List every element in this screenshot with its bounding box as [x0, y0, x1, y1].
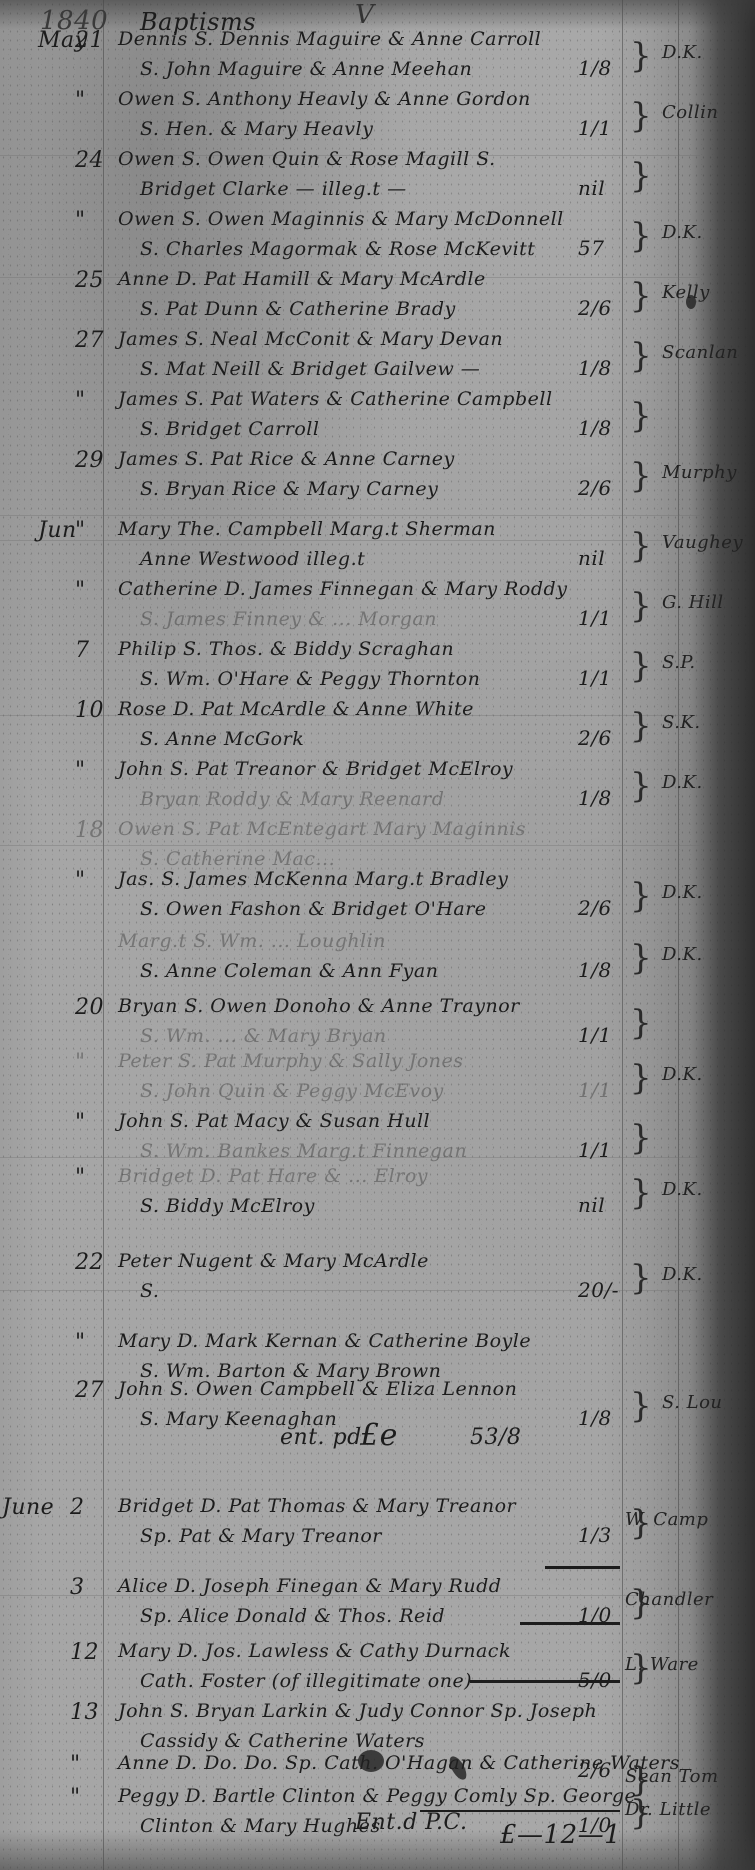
- entry-sponsors: S.: [140, 1280, 159, 1302]
- entry-brace: }: [630, 156, 652, 196]
- entry-officiant: S.K.: [662, 712, 701, 733]
- entry-sponsors: S. John Quin & Peggy McEvoy: [140, 1080, 444, 1102]
- entry-child-parents: Bryan S. Owen Donoho & Anne Traynor: [118, 995, 520, 1017]
- entry-brace: }: [630, 876, 652, 916]
- ruling-horizontal: [0, 845, 700, 846]
- entry-sponsors: Sp. Alice Donald & Thos. Reid: [140, 1605, 445, 1627]
- entry-fee: 1/3: [578, 1523, 612, 1547]
- entry-child-parents: Owen S. Owen Maginnis & Mary McDonnell: [118, 208, 564, 230]
- entry-child-parents: Jas. S. James McKenna Marg.t Bradley: [118, 868, 508, 890]
- entry-sponsors: Cath. Foster (of illegitimate one): [140, 1670, 472, 1692]
- entry-officiant: D.K.: [662, 882, 703, 903]
- entry-day: ": [75, 518, 86, 543]
- entry-child-parents: Peggy D. Bartle Clinton & Peggy Comly Sp…: [118, 1785, 636, 1807]
- entry-officiant: D.K.: [662, 222, 703, 243]
- entry-day: ": [75, 578, 86, 603]
- entry-sponsors: Clinton & Mary Hughes: [140, 1815, 381, 1837]
- entry-child-parents: John S. Pat Treanor & Bridget McElroy: [118, 758, 513, 780]
- entry-fee: 1/1: [578, 1138, 612, 1162]
- entry-brace: }: [630, 1258, 652, 1298]
- entry-day: ": [75, 1165, 86, 1190]
- entry-brace: }: [630, 216, 652, 256]
- entry-day: ": [75, 758, 86, 783]
- entry-fee: 1/8: [578, 416, 612, 440]
- entry-child-parents: Owen S. Anthony Heavly & Anne Gordon: [118, 88, 531, 110]
- fee-underline: [545, 1566, 620, 1569]
- entry-brace: }: [630, 276, 652, 316]
- ruling-fee-column: [622, 0, 623, 1870]
- subtotal-label: ent. pd: [280, 1425, 362, 1450]
- entry-sponsors: Bryan Roddy & Mary Reenard: [140, 788, 444, 810]
- entry-child-parents: Rose D. Pat McArdle & Anne White: [118, 698, 474, 720]
- entry-child-parents: John S. Bryan Larkin & Judy Connor Sp. J…: [118, 1700, 597, 1722]
- entry-child-parents: Marg.t S. Wm. ... Loughlin: [118, 930, 386, 952]
- entry-fee: 1/8: [578, 356, 612, 380]
- entry-day: ": [75, 208, 86, 233]
- entry-sponsors: S. Biddy McElroy: [140, 1195, 315, 1217]
- entry-day: 2: [70, 1495, 85, 1520]
- entry-day: 25: [75, 268, 104, 293]
- entry-child-parents: Philip S. Thos. & Biddy Scraghan: [118, 638, 454, 660]
- entry-sponsors: S. Charles Magormak & Rose McKevitt: [140, 238, 535, 260]
- entry-child-parents: James S. Neal McConit & Mary Devan: [118, 328, 503, 350]
- entry-day: 21: [75, 28, 104, 53]
- entry-sponsors: S. Owen Fashon & Bridget O'Hare: [140, 898, 487, 920]
- entry-child-parents: John S. Owen Campbell & Eliza Lennon: [118, 1378, 517, 1400]
- entry-brace: }: [630, 1173, 652, 1213]
- entry-fee: 2/6: [578, 476, 612, 500]
- ink-blot: [686, 295, 696, 309]
- entry-brace: }: [630, 526, 652, 566]
- entry-day: 10: [75, 698, 104, 723]
- entry-brace: }: [630, 586, 652, 626]
- entry-officiant: D.K.: [662, 772, 703, 793]
- entry-sponsors: S. Mat Neill & Bridget Gailvew —: [140, 358, 480, 380]
- entry-day: 12: [70, 1640, 99, 1665]
- entry-brace: }: [630, 938, 652, 978]
- entry-sponsors: S. Bryan Rice & Mary Carney: [140, 478, 438, 500]
- entry-fee: 1/1: [578, 116, 612, 140]
- entry-brace: }: [630, 1058, 652, 1098]
- entry-fee: nil: [578, 176, 605, 200]
- entry-month: Jun: [38, 518, 77, 543]
- entry-sponsors: Bridget Clarke — illeg.t —: [140, 178, 407, 200]
- entry-day: ": [70, 1752, 81, 1777]
- fee-underline: [470, 1680, 620, 1683]
- entry-brace: }: [630, 336, 652, 376]
- entry-day: 29: [75, 448, 104, 473]
- entry-officiant: G. Hill: [662, 592, 724, 613]
- entry-sponsors: Sp. Pat & Mary Treanor: [140, 1525, 382, 1547]
- entry-day: ": [75, 1330, 86, 1355]
- entry-day: ": [75, 388, 86, 413]
- entry-officiant: Murphy: [662, 462, 737, 483]
- entry-child-parents: Dennis S. Dennis Maguire & Anne Carroll: [118, 28, 541, 50]
- entry-officiant: S. Lou: [662, 1392, 723, 1413]
- entry-brace: }: [630, 456, 652, 496]
- entry-child-parents: James S. Pat Waters & Catherine Campbell: [118, 388, 553, 410]
- subtotal-amount: 53/8: [470, 1425, 521, 1450]
- total-amount: £—12—1: [500, 1820, 621, 1850]
- entry-brace: }: [630, 1386, 652, 1426]
- entry-child-parents: Peter S. Pat Murphy & Sally Jones: [118, 1050, 463, 1072]
- entry-child-parents: Mary D. Mark Kernan & Catherine Boyle: [118, 1330, 531, 1352]
- entry-sponsors: S. Catherine Mac...: [140, 848, 335, 870]
- fee-underline: [520, 1622, 620, 1625]
- entry-sponsors: S. Anne Coleman & Ann Fyan: [140, 960, 438, 982]
- entry-fee: 20/-: [578, 1278, 619, 1302]
- entry-fee: 1/8: [578, 56, 612, 80]
- entry-day: ": [75, 1110, 86, 1135]
- subtotal-mark: £e: [360, 1418, 398, 1453]
- entry-officiant: Chandler: [625, 1589, 713, 1610]
- total-label: Ent.d P.C.: [355, 1810, 468, 1835]
- entry-sponsors: S. Anne McGork: [140, 728, 304, 750]
- entry-day: ": [75, 88, 86, 113]
- entry-day: 24: [75, 148, 104, 173]
- entry-fee: 2/6: [578, 726, 612, 750]
- entry-child-parents: Alice D. Joseph Finegan & Mary Rudd: [118, 1575, 501, 1597]
- entry-officiant: D.K.: [662, 1264, 703, 1285]
- page-top-shadow: [0, 0, 755, 30]
- entry-child-parents: Bridget D. Pat Hare & ... Elroy: [118, 1165, 428, 1187]
- entry-fee: nil: [578, 1193, 605, 1217]
- ruling-horizontal: [0, 540, 700, 541]
- entry-fee: 2/6: [578, 896, 612, 920]
- entry-fee: 1/1: [578, 606, 612, 630]
- entry-officiant: W. Camp: [625, 1509, 708, 1530]
- entry-day: 27: [75, 328, 104, 353]
- header-mark: V: [355, 0, 374, 30]
- entry-brace: }: [630, 706, 652, 746]
- entry-day: 13: [70, 1700, 99, 1725]
- entry-child-parents: Owen S. Pat McEntegart Mary Maginnis: [118, 818, 526, 840]
- entry-child-parents: Anne D. Pat Hamill & Mary McArdle: [118, 268, 486, 290]
- entry-day: 22: [75, 1250, 104, 1275]
- entry-officiant: Collin: [662, 102, 718, 123]
- entry-sponsors: S. Wm. ... & Mary Bryan: [140, 1025, 387, 1047]
- entry-officiant: D.K.: [662, 1064, 703, 1085]
- entry-brace: }: [630, 36, 652, 76]
- entry-officiant: S.P.: [662, 652, 696, 673]
- entry-day: ": [75, 1050, 86, 1075]
- entry-day: ": [70, 1785, 81, 1810]
- entry-officiant: Vaughey: [662, 532, 743, 553]
- entry-officiant: Scanlan: [662, 342, 738, 363]
- entry-day: 20: [75, 995, 104, 1020]
- entry-sponsors: S. Pat Dunn & Catherine Brady: [140, 298, 456, 320]
- entry-fee: 1/1: [578, 666, 612, 690]
- entry-fee: nil: [578, 546, 605, 570]
- entry-officiant: Sean Tom: [625, 1766, 719, 1787]
- entry-child-parents: Owen S. Owen Quin & Rose Magill S.: [118, 148, 496, 170]
- entry-day: ": [75, 868, 86, 893]
- ink-blot: [358, 1750, 384, 1772]
- entry-officiant: L. Ware: [625, 1654, 699, 1675]
- entry-fee: 1/1: [578, 1023, 612, 1047]
- entry-day: 7: [75, 638, 90, 663]
- entry-fee: 2/6: [578, 296, 612, 320]
- entry-brace: }: [630, 1118, 652, 1158]
- entry-officiant: D.K.: [662, 42, 703, 63]
- entry-fee: 2/6: [578, 1758, 612, 1782]
- entry-brace: }: [630, 1003, 652, 1043]
- entry-sponsors: S. John Maguire & Anne Meehan: [140, 58, 472, 80]
- entry-fee: 1/8: [578, 786, 612, 810]
- entry-brace: }: [630, 396, 652, 436]
- entry-child-parents: Mary D. Jos. Lawless & Cathy Durnack: [118, 1640, 511, 1662]
- entry-day: 27: [75, 1378, 104, 1403]
- entry-sponsors: Anne Westwood illeg.t: [140, 548, 365, 570]
- entry-fee: 57: [578, 236, 604, 260]
- entry-sponsors: Cassidy & Catherine Waters: [140, 1730, 425, 1752]
- ruling-horizontal: [0, 515, 700, 516]
- entry-child-parents: Mary The. Campbell Marg.t Sherman: [118, 518, 496, 540]
- entry-child-parents: Bridget D. Pat Thomas & Mary Treanor: [118, 1495, 516, 1517]
- entry-fee: 1/8: [578, 1406, 612, 1430]
- entry-sponsors: S. Wm. Bankes Marg.t Finnegan: [140, 1140, 467, 1162]
- entry-brace: }: [630, 96, 652, 136]
- entry-sponsors: S. Bridget Carroll: [140, 418, 319, 440]
- register-page: 1840 Baptisms V May21Dennis S. Dennis Ma…: [0, 0, 755, 1870]
- entry-child-parents: Peter Nugent & Mary McArdle: [118, 1250, 429, 1272]
- entry-brace: }: [630, 646, 652, 686]
- entry-sponsors: S. Hen. & Mary Heavly: [140, 118, 373, 140]
- entry-child-parents: John S. Pat Macy & Susan Hull: [118, 1110, 430, 1132]
- entry-month: June: [2, 1495, 54, 1520]
- entry-officiant: D.K.: [662, 944, 703, 965]
- entry-brace: }: [630, 766, 652, 806]
- entry-day: 3: [70, 1575, 85, 1600]
- entry-officiant: Dr. Little: [625, 1799, 711, 1820]
- entry-fee: 1/8: [578, 958, 612, 982]
- entry-child-parents: James S. Pat Rice & Anne Carney: [118, 448, 455, 470]
- entry-officiant: D.K.: [662, 1179, 703, 1200]
- entry-day: 18: [75, 818, 104, 843]
- entry-child-parents: Catherine D. James Finnegan & Mary Roddy: [118, 578, 567, 600]
- entry-sponsors: S. Wm. O'Hare & Peggy Thornton: [140, 668, 480, 690]
- entry-fee: 1/1: [578, 1078, 612, 1102]
- entry-sponsors: S. James Finney & ... Morgan: [140, 608, 437, 630]
